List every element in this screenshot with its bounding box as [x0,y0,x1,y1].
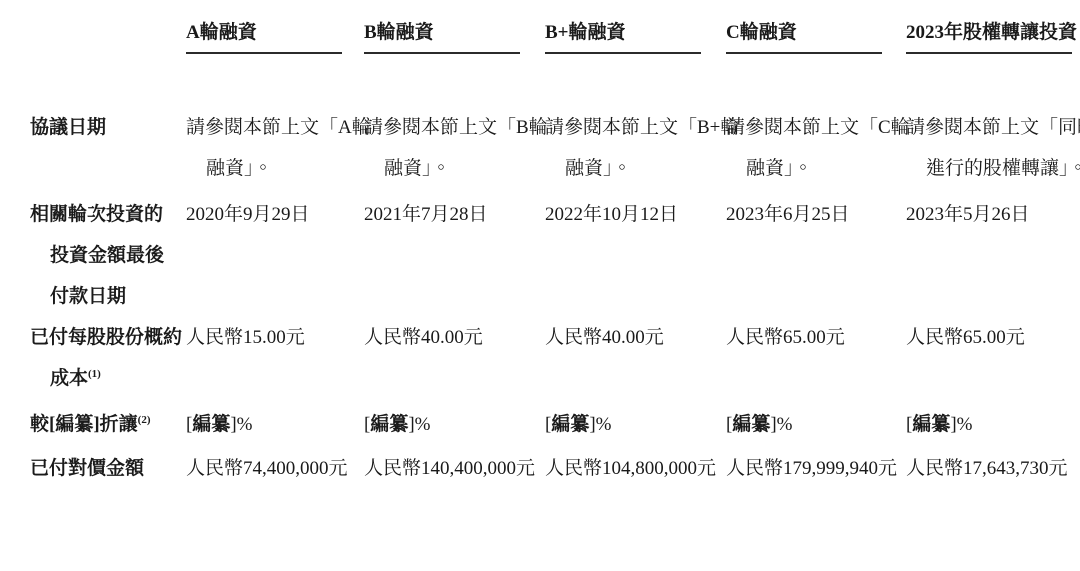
redacted-text: 編纂 [370,414,408,435]
cell-line: 人民幣179,999,940元 [726,448,906,489]
row-discount-to-redacted: 較[編纂]折讓(2) [編纂]% [編纂]% [編纂]% [編纂]% [編纂]% [30,404,1080,448]
table-cell: 2023年6月25日 [726,194,906,317]
column-header-a-round: A輪融資 [186,20,364,54]
bracket-close-percent: ]% [230,414,252,435]
row-label-line: 相關輪次投資的 [30,194,186,235]
bracket-close-percent: ]% [770,414,792,435]
redacted-text: 編纂 [192,414,230,435]
column-header-label: B+輪融資 [545,20,722,46]
footnote-marker-1: (1) [88,368,101,380]
row-label-line: 成本(1) [30,358,186,402]
cell-line: [編纂]% [364,404,545,445]
bracket-close-percent: ]% [408,414,430,435]
cell-line: [編纂]% [906,404,1072,445]
table-cell: 2023年5月26日 [906,194,1072,317]
bracket-close-percent: ]% [950,414,972,435]
row-agreement-date: 協議日期 請參閱本節上文「A輪 融資」。 請參閱本節上文「B輪 融資」。 請參閱… [30,107,1080,189]
cell-line: 2023年6月25日 [726,194,906,235]
cell-line: 2023年5月26日 [906,194,1072,235]
row-label-line: 較[編纂]折讓(2) [30,404,186,448]
redacted-text: 編纂 [912,414,950,435]
table-header-row: A輪融資 B輪融資 B+輪融資 C輪融資 2023年股權轉讓投資 [30,20,1080,54]
table-cell: 請參閱本節上文「C輪 融資」。 [726,107,906,189]
row-last-payment-date: 相關輪次投資的 投資金額最後 付款日期 2020年9月29日 2021年7月28… [30,194,1080,317]
cell-line: 請參閱本節上文「同時 [906,107,1072,148]
header-underline [545,52,701,54]
row-label-text: 成本 [50,368,88,389]
table-cell: 人民幣40.00元 [545,317,726,402]
column-header-label: 2023年股權轉讓投資 [906,20,1068,46]
table-cell: [編纂]% [726,404,906,448]
row-label-line: 協議日期 [30,107,186,148]
cell-line: 人民幣40.00元 [545,317,726,358]
header-underline [364,52,520,54]
table-cell: [編纂]% [545,404,726,448]
cell-line: 人民幣65.00元 [906,317,1072,358]
cell-line: 請參閱本節上文「B+輪 [545,107,726,148]
table-cell: 請參閱本節上文「B+輪 融資」。 [545,107,726,189]
column-header-b-plus-round: B+輪融資 [545,20,726,54]
cell-line: 2020年9月29日 [186,194,364,235]
table-cell: 請參閱本節上文「同時 進行的股權轉讓」。 [906,107,1072,189]
redacted-text: 編纂 [732,414,770,435]
column-header-label: B輪融資 [364,20,541,46]
funding-rounds-table-page: A輪融資 B輪融資 B+輪融資 C輪融資 2023年股權轉讓投資 協議日期 請參… [0,0,1080,489]
header-underline [186,52,342,54]
table-cell: 人民幣65.00元 [726,317,906,402]
table-cell: 2020年9月29日 [186,194,364,317]
cell-line: [編纂]% [545,404,726,445]
footnote-marker-2: (2) [138,414,151,426]
table-cell: 請參閱本節上文「A輪 融資」。 [186,107,364,189]
header-underline [906,52,1072,54]
row-label: 已付每股股份概約 成本(1) [30,317,186,402]
column-header-label: C輪融資 [726,20,902,46]
table-cell: 人民幣15.00元 [186,317,364,402]
table-cell: [編纂]% [364,404,545,448]
row-label: 較[編纂]折讓(2) [30,404,186,448]
row-label-text: 較[編纂]折讓 [30,414,138,435]
cell-line: [編纂]% [186,404,364,445]
table-cell: 請參閱本節上文「B輪 融資」。 [364,107,545,189]
column-header-b-round: B輪融資 [364,20,545,54]
cell-line: 請參閱本節上文「C輪 [726,107,906,148]
cell-line: 進行的股權轉讓」。 [906,148,1072,189]
cell-line: 人民幣104,800,000元 [545,448,726,489]
row-label: 協議日期 [30,107,186,189]
column-header-c-round: C輪融資 [726,20,906,54]
table-cell: 人民幣40.00元 [364,317,545,402]
cell-line: 融資」。 [545,148,726,189]
redacted-text: 編纂 [551,414,589,435]
cell-line: 人民幣17,643,730元 [906,448,1072,489]
table-cell: 人民幣74,400,000元 [186,448,364,489]
row-label-line: 已付每股股份概約 [30,317,186,358]
table-cell: [編纂]% [906,404,1072,448]
table-cell: 人民幣179,999,940元 [726,448,906,489]
row-label: 已付對價金額 [30,448,186,489]
cell-line: 請參閱本節上文「B輪 [364,107,545,148]
cell-line: 人民幣140,400,000元 [364,448,545,489]
cell-line: 2021年7月28日 [364,194,545,235]
cell-line: 融資」。 [726,148,906,189]
cell-line: 融資」。 [364,148,545,189]
row-consideration-paid: 已付對價金額 人民幣74,400,000元 人民幣140,400,000元 人民… [30,448,1080,489]
table-cell: 人民幣104,800,000元 [545,448,726,489]
cell-line: 人民幣40.00元 [364,317,545,358]
row-label: 相關輪次投資的 投資金額最後 付款日期 [30,194,186,317]
row-label-line: 付款日期 [30,276,186,317]
row-cost-per-share: 已付每股股份概約 成本(1) 人民幣15.00元 人民幣40.00元 人民幣40… [30,317,1080,402]
cell-line: 請參閱本節上文「A輪 [186,107,364,148]
bracket-close-percent: ]% [589,414,611,435]
cell-line: 2022年10月12日 [545,194,726,235]
row-label-line: 已付對價金額 [30,448,186,489]
table-cell: 2022年10月12日 [545,194,726,317]
cell-line: 人民幣15.00元 [186,317,364,358]
cell-line: 人民幣65.00元 [726,317,906,358]
header-corner-empty [30,20,186,54]
table-cell: 人民幣140,400,000元 [364,448,545,489]
table-cell: [編纂]% [186,404,364,448]
header-underline [726,52,882,54]
column-header-label: A輪融資 [186,20,360,46]
table-cell: 人民幣65.00元 [906,317,1072,402]
table-cell: 2021年7月28日 [364,194,545,317]
column-header-2023-share-transfer: 2023年股權轉讓投資 [906,20,1072,54]
cell-line: [編纂]% [726,404,906,445]
cell-line: 人民幣74,400,000元 [186,448,364,489]
cell-line: 融資」。 [186,148,364,189]
row-label-line: 投資金額最後 [30,235,186,276]
table-cell: 人民幣17,643,730元 [906,448,1072,489]
